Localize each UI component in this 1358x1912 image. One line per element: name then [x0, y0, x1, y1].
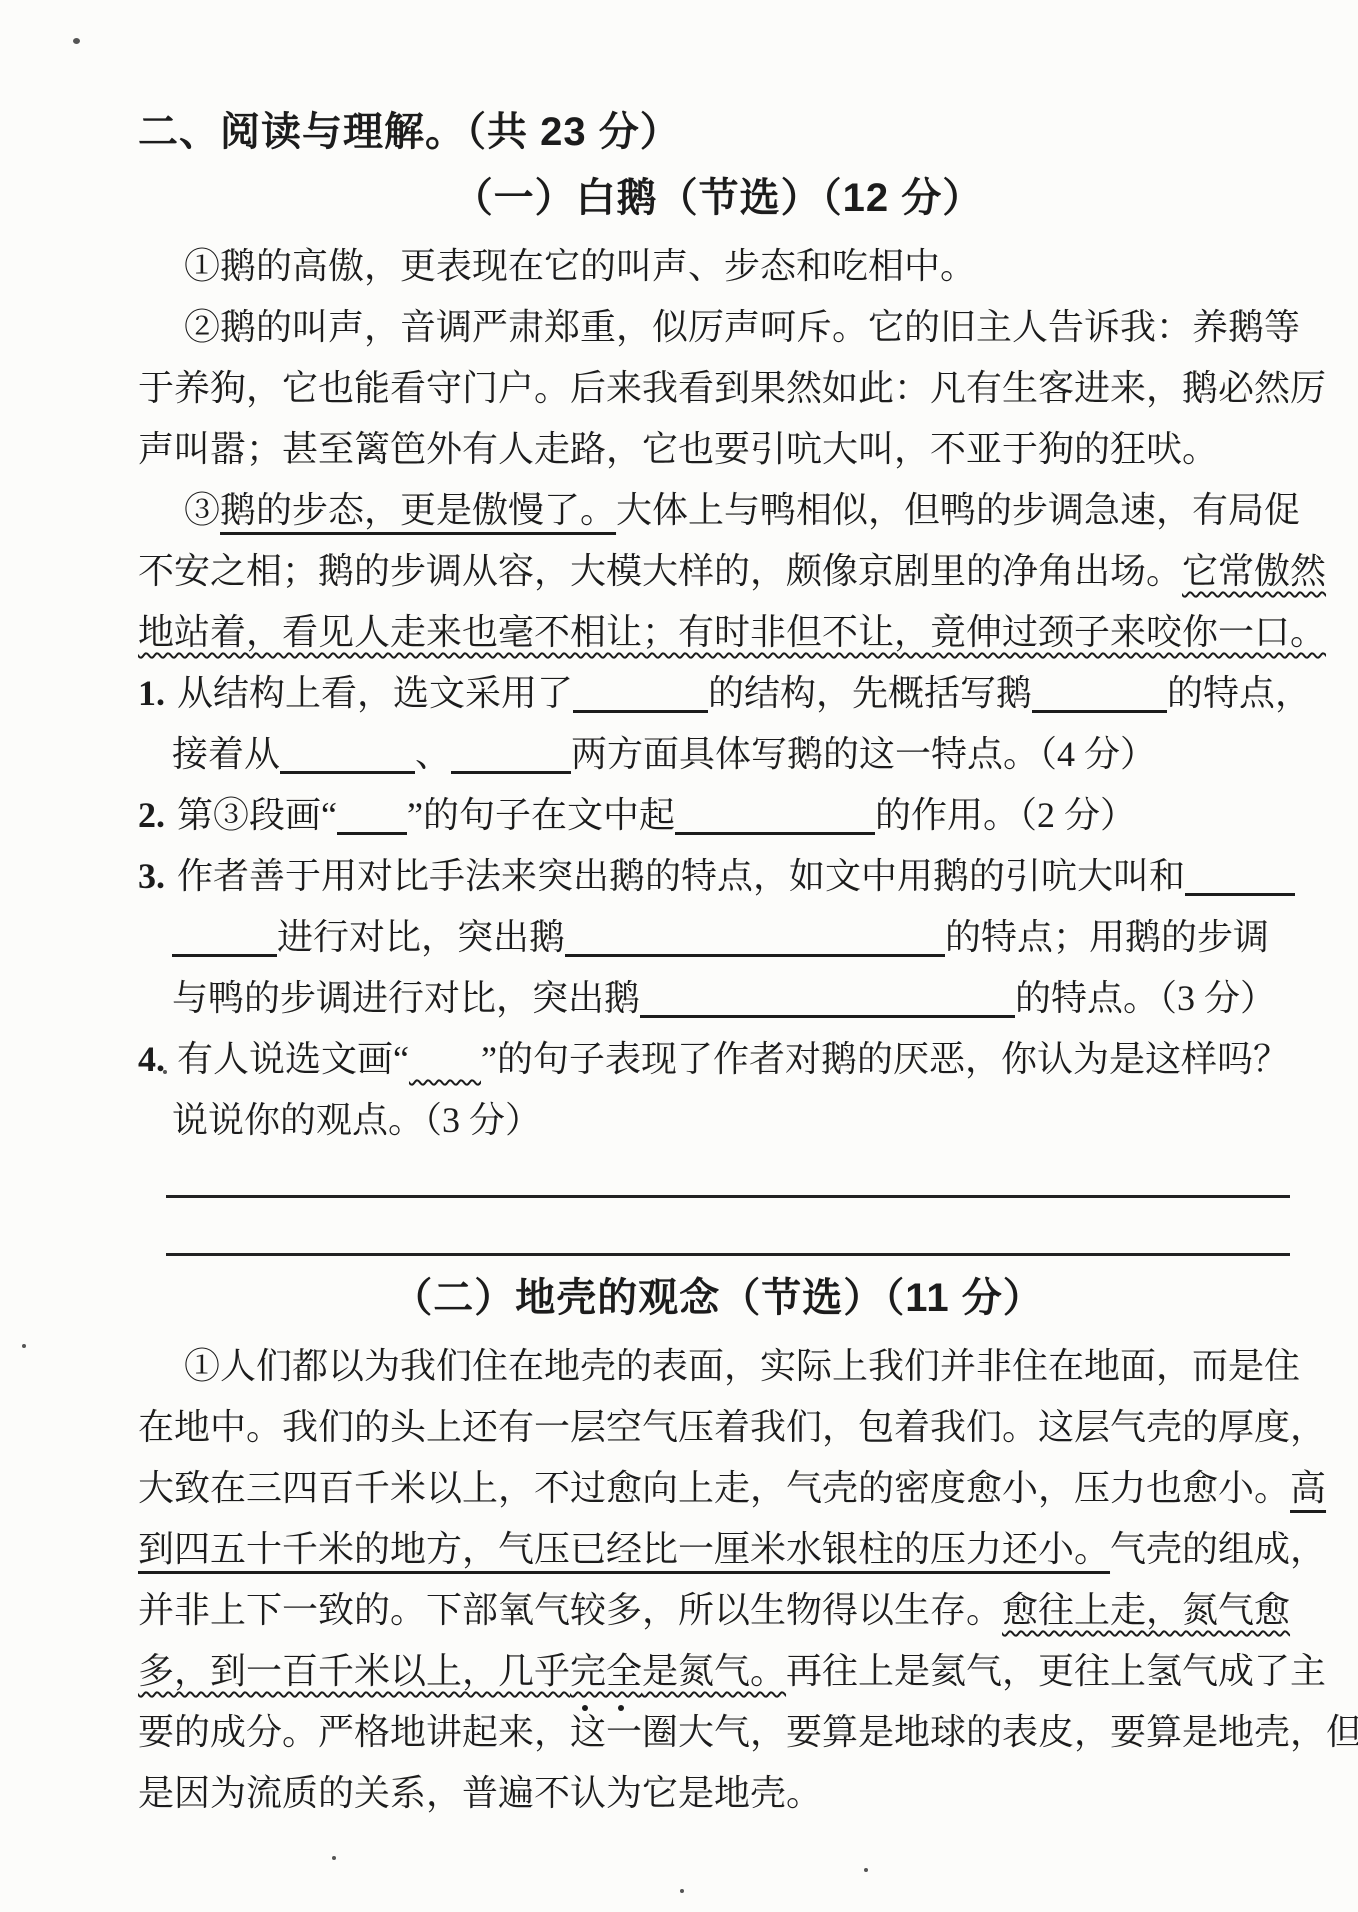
- passage2-line: 并非上下一致的。下部氧气较多，所以生物得以生存。愈往上走，氮气愈: [138, 1580, 1298, 1641]
- text-segment: 的特点，: [1167, 673, 1311, 713]
- blank-field: [1185, 853, 1295, 896]
- passage2-line: 是因为流质的关系，普遍不认为它是地壳。: [138, 1763, 1298, 1824]
- blank-field: [172, 914, 277, 957]
- text-segment: 再往上是氦气，更往上氢气成了主: [786, 1651, 1326, 1691]
- passage2-line: 多，到一百千米以上，几乎完全是氮气。再往上是氦气，更往上氢气成了主: [138, 1641, 1298, 1702]
- passage1-line: 不安之相；鹅的步调从容，大模大样的，颇像京剧里的净角出场。它常傲然: [138, 541, 1298, 602]
- text-segment: 两方面具体写鹅的这一特点。（4 分）: [571, 734, 1156, 774]
- text-segment: ①人们都以为我们住在地壳的表面，实际上我们并非住在地面，而是住: [184, 1346, 1300, 1386]
- text-segment: 声叫嚣；甚至篱笆外有人走路，它也要引吭大叫，不亚于狗的狂吠。: [138, 429, 1218, 469]
- scan-speck: [22, 1344, 26, 1348]
- text-segment: 在地中。我们的头上还有一层空气压着我们，包着我们。这层气壳的厚度，: [138, 1407, 1326, 1447]
- passage1-line: ①鹅的高傲，更表现在它的叫声、步态和吃相中。: [138, 236, 1298, 297]
- wavy-underlined-text: 它常傲然: [1182, 551, 1326, 591]
- passage1: ①鹅的高傲，更表现在它的叫声、步态和吃相中。②鹅的叫声，音调严肃郑重，似厉声呵斥…: [138, 236, 1298, 663]
- part2-title: （二）地壳的观念（节选）（11 分）: [138, 1270, 1298, 1326]
- question-number: 1.: [138, 673, 165, 713]
- text-segment: 进行对比，突出鹅: [277, 917, 565, 957]
- text-segment: 的结构，先概括写鹅: [708, 673, 1032, 713]
- page-content: 二、阅读与理解。（共 23 分） （一）白鹅（节选）（12 分） ①鹅的高傲，更…: [138, 0, 1298, 1824]
- text-segment: 并非上下一致的。下部氧气较多，所以生物得以生存。: [138, 1590, 1002, 1630]
- text-segment: 要的成分。严格地讲起来，这一圈大气，要算是地球的表皮，要算是地壳，但: [138, 1712, 1358, 1752]
- scan-speck: [163, 1070, 167, 1074]
- passage1-line: ②鹅的叫声，音调严肃郑重，似厉声呵斥。它的旧主人告诉我：养鹅等: [138, 297, 1298, 358]
- question-2-line: 2.第③段画“”的句子在文中起的作用。（2 分）: [138, 785, 1298, 846]
- text-segment: 说说你的观点。（3 分）: [172, 1100, 541, 1140]
- answer-line: [166, 1195, 1290, 1198]
- scan-speck: [332, 1856, 336, 1860]
- question-3-line: 与鸭的步调进行对比，突出鹅的特点。（3 分）: [138, 968, 1298, 1029]
- passage2-line: 在地中。我们的头上还有一层空气压着我们，包着我们。这层气壳的厚度，: [138, 1397, 1298, 1458]
- answer-line: [166, 1253, 1290, 1256]
- passage1-line: ③鹅的步态，更是傲慢了。大体上与鸭相似，但鸭的步调急速，有局促: [138, 480, 1298, 541]
- text-segment: 作者善于用对比手法来突出鹅的特点，如文中用鹅的引吭大叫和: [177, 856, 1185, 896]
- passage2-line: ①人们都以为我们住在地壳的表面，实际上我们并非住在地面，而是住: [138, 1336, 1298, 1397]
- solid-underlined-text: 高: [1290, 1468, 1326, 1508]
- text-segment: ”的句子表现了作者对鹅的厌恶，你认为是这样吗？: [481, 1039, 1289, 1079]
- text-segment: 的特点；用鹅的步调: [945, 917, 1269, 957]
- exam-page: 二、阅读与理解。（共 23 分） （一）白鹅（节选）（12 分） ①鹅的高傲，更…: [0, 0, 1358, 1912]
- text-segment: 是因为流质的关系，普遍不认为它是地壳。: [138, 1773, 822, 1813]
- wavy-underlined-text: 是氮气。: [642, 1651, 786, 1691]
- question-1-line: 接着从、两方面具体写鹅的这一特点。（4 分）: [138, 724, 1298, 785]
- wavy-underlined-text-with-emphasis-dots: 完全: [570, 1651, 642, 1691]
- question-3-line: 3.作者善于用对比手法来突出鹅的特点，如文中用鹅的引吭大叫和: [138, 846, 1298, 907]
- wavy-underlined-text: 地站着，看见人走来也毫不相让；有时非但不让，竟伸过颈子来咬你一口。: [138, 612, 1326, 652]
- question-list: 1.从结构上看，选文采用了的结构，先概括写鹅的特点，接着从、两方面具体写鹅的这一…: [138, 663, 1298, 1151]
- blank-field: [280, 731, 415, 774]
- blank-field: [565, 914, 945, 957]
- passage2-line: 到四五十千米的地方，气压已经比一厘米水银柱的压力还小。气壳的组成，: [138, 1519, 1298, 1580]
- question-3-line: 进行对比，突出鹅的特点；用鹅的步调: [138, 907, 1298, 968]
- answer-area: [138, 1195, 1298, 1256]
- text-segment: 接着从: [172, 734, 280, 774]
- wavy-blank-field: [409, 1039, 481, 1079]
- text-segment: 第③段画“: [177, 795, 337, 835]
- question-number: 4.: [138, 1039, 165, 1079]
- blank-field: [451, 731, 571, 774]
- passage2-line: 要的成分。严格地讲起来，这一圈大气，要算是地球的表皮，要算是地壳，但: [138, 1702, 1298, 1763]
- text-segment: 从结构上看，选文采用了: [177, 673, 573, 713]
- passage1-line: 于养狗，它也能看守门户。后来我看到果然如此：凡有生客进来，鹅必然厉: [138, 358, 1298, 419]
- text-segment: 不安之相；鹅的步调从容，大模大样的，颇像京剧里的净角出场。: [138, 551, 1182, 591]
- text-segment: 于养狗，它也能看守门户。后来我看到果然如此：凡有生客进来，鹅必然厉: [138, 368, 1326, 408]
- text-segment: 气壳的组成，: [1110, 1529, 1326, 1569]
- blank-field: [337, 792, 407, 835]
- passage1-line: 声叫嚣；甚至篱笆外有人走路，它也要引吭大叫，不亚于狗的狂吠。: [138, 419, 1298, 480]
- solid-underlined-text: 鹅的步态，更是傲慢了。: [220, 490, 616, 530]
- text-segment: 的特点。（3 分）: [1015, 978, 1276, 1018]
- text-segment: 、: [415, 734, 451, 774]
- part1-title: （一）白鹅（节选）（12 分）: [138, 170, 1298, 226]
- question-4-line: 说说你的观点。（3 分）: [138, 1090, 1298, 1151]
- question-4-line: 4.有人说选文画“ ”的句子表现了作者对鹅的厌恶，你认为是这样吗？: [138, 1029, 1298, 1090]
- blank-field: [675, 792, 875, 835]
- section-header: 二、阅读与理解。（共 23 分）: [138, 106, 1298, 158]
- blank-field: [640, 975, 1015, 1018]
- text-segment: ③: [184, 490, 220, 530]
- scan-speck: [73, 38, 80, 44]
- scan-speck: [680, 1889, 684, 1893]
- passage2: ①人们都以为我们住在地壳的表面，实际上我们并非住在地面，而是住在地中。我们的头上…: [138, 1336, 1298, 1824]
- passage1-line: 地站着，看见人走来也毫不相让；有时非但不让，竟伸过颈子来咬你一口。: [138, 602, 1298, 663]
- text-segment: ”的句子在文中起: [407, 795, 675, 835]
- text-segment: 的作用。（2 分）: [875, 795, 1136, 835]
- question-number: 2.: [138, 795, 165, 835]
- question-1-line: 1.从结构上看，选文采用了的结构，先概括写鹅的特点，: [138, 663, 1298, 724]
- text-segment: 与鸭的步调进行对比，突出鹅: [172, 978, 640, 1018]
- question-number: 3.: [138, 856, 165, 896]
- text-segment: 大体上与鸭相似，但鸭的步调急速，有局促: [616, 490, 1300, 530]
- scan-speck: [864, 1868, 868, 1872]
- text-segment: 大致在三四百千米以上，不过愈向上走，气壳的密度愈小，压力也愈小。: [138, 1468, 1290, 1508]
- blank-field: [1032, 670, 1167, 713]
- wavy-underlined-text: 多，到一百千米以上，几乎: [138, 1651, 570, 1691]
- wavy-underlined-text: 愈往上走，氮气愈: [1002, 1590, 1290, 1630]
- solid-underlined-text: 到四五十千米的地方，气压已经比一厘米水银柱的压力还小。: [138, 1529, 1110, 1569]
- text-segment: 有人说选文画“: [177, 1039, 409, 1079]
- passage2-line: 大致在三四百千米以上，不过愈向上走，气壳的密度愈小，压力也愈小。高: [138, 1458, 1298, 1519]
- text-segment: ②鹅的叫声，音调严肃郑重，似厉声呵斥。它的旧主人告诉我：养鹅等: [184, 307, 1300, 347]
- blank-field: [573, 670, 708, 713]
- text-segment: ①鹅的高傲，更表现在它的叫声、步态和吃相中。: [184, 246, 976, 286]
